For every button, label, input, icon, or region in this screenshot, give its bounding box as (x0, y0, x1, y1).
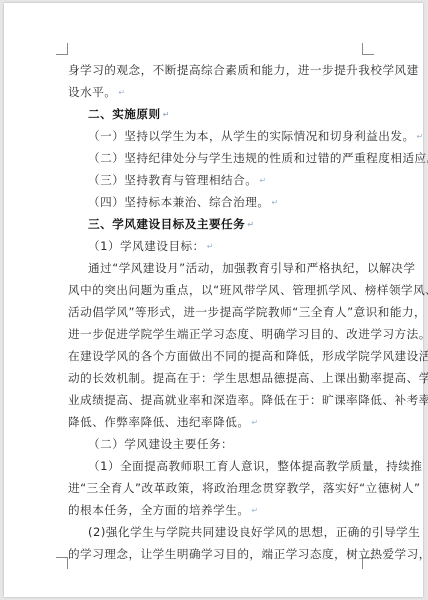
text-line: （三）坚持教育与管理相结合。↵ (68, 169, 358, 191)
text-line: （二）坚持纪律处分与学生违规的性质和过错的严重程度相适应。↵ (68, 147, 358, 169)
document-body[interactable]: 身学习的观念，不断提高综合素质和能力，进一步提升我校学风建设水平。↵二、实施原则… (68, 59, 358, 565)
text-line: 设水平。↵ (68, 81, 358, 103)
line-text: （一）坚持以学生为本，从学生的实际情况和切身利益出发。 (88, 129, 415, 143)
section-heading: 三、学风建设目标及主要任务↵ (68, 213, 358, 235)
line-text: 在建设学风的各个方面做出不同的提高和降低，形成学院学风建设活 (68, 349, 428, 363)
line-text: 的学习理念，让学生明确学习目的，端正学习态度，树立热爱学习， (68, 547, 428, 561)
line-text: （二）坚持纪律处分与学生违规的性质和过错的严重程度相适应。 (88, 151, 428, 165)
line-text: （四）坚持标本兼治、综合治理。 (88, 195, 269, 209)
text-line: 身学习的观念，不断提高综合素质和能力，进一步提升我校学风建 (68, 59, 358, 81)
line-text: 设水平。 (68, 85, 116, 99)
line-text: 通过“学风建设月”活动，加强教育引导和严格执纪，以解决学 (88, 261, 415, 275)
line-text: 进“三全育人”改革政策，将政治理念贯穿教学，落实好“立德树人” (68, 481, 421, 495)
line-text: （1）全面提高教师职工育人意识，整体提高教学质量，持续推 (88, 459, 422, 473)
line-text: （三）坚持教育与管理相结合。 (88, 173, 257, 187)
text-line: 进“三全育人”改革政策，将政治理念贯穿教学，落实好“立德树人” (68, 477, 358, 499)
text-line: （二）学风建设主要任务： (68, 433, 358, 455)
paragraph-mark-icon: ↵ (118, 88, 125, 97)
paragraph-mark-icon: ↵ (251, 418, 258, 427)
text-line: (2)强化学生与学院共同建设良好学风的思想，正确的引导学生 (68, 521, 358, 543)
margin-corner-mark-bottom-left (56, 557, 68, 569)
text-line: 进一步促进学院学生端正学习态度、明确学习目的、改进学习方法。 (68, 323, 358, 345)
text-line: 降低、作弊率降低、违纪率降低。↵ (68, 411, 358, 433)
text-line: （1）全面提高教师职工育人意识，整体提高教学质量，持续推 (68, 455, 358, 477)
paragraph-mark-icon: ↵ (271, 198, 278, 207)
text-line: 通过“学风建设月”活动，加强教育引导和严格执纪，以解决学 (68, 257, 358, 279)
text-line: 业成绩提高、提高就业率和深造率。降低在于：旷课率降低、补考率 (68, 389, 358, 411)
paragraph-mark-icon: ↵ (207, 242, 214, 251)
line-text: 动的长效机制。提高在于：学生思想品德提高、上课出勤率提高、学 (68, 371, 428, 385)
text-line: 动的长效机制。提高在于：学生思想品德提高、上课出勤率提高、学 (68, 367, 358, 389)
text-line: （四）坚持标本兼治、综合治理。↵ (68, 191, 358, 213)
line-text: (2)强化学生与学院共同建设良好学风的思想，正确的引导学生 (88, 525, 420, 539)
section-heading: 二、实施原则↵ (68, 103, 358, 125)
line-text: （二）学风建设主要任务： (88, 437, 233, 451)
paragraph-mark-icon: ↵ (247, 220, 254, 229)
text-line: （一）坚持以学生为本，从学生的实际情况和切身利益出发。↵ (68, 125, 358, 147)
line-text: 活动倡学风”等形式，进一步提高学院教师“三全育人”意识和能力， (68, 305, 426, 319)
line-text: 身学习的观念，不断提高综合素质和能力，进一步提升我校学风建 (68, 63, 419, 77)
margin-corner-mark-top-right (362, 43, 374, 55)
paragraph-mark-icon: ↵ (251, 506, 258, 515)
text-line: 的根本任务，全方面的培养学生。↵ (68, 499, 358, 521)
margin-corner-mark-top-left (56, 43, 68, 55)
paragraph-mark-icon: ↵ (163, 110, 170, 119)
text-line: 风中的突出问题为重点，以“班风带学风、管理抓学风、榜样领学风、 (68, 279, 358, 301)
line-text: 二、实施原则 (88, 107, 161, 121)
paragraph-mark-icon: ↵ (417, 132, 424, 141)
line-text: 的根本任务，全方面的培养学生。 (68, 503, 249, 517)
line-text: 进一步促进学院学生端正学习态度、明确学习目的、改进学习方法。 (68, 327, 428, 341)
line-text: （1）学风建设目标： (88, 239, 205, 253)
paragraph-mark-icon: ↵ (259, 176, 266, 185)
line-text: 业成绩提高、提高就业率和深造率。降低在于：旷课率降低、补考率 (68, 393, 428, 407)
document-page: 身学习的观念，不断提高综合素质和能力，进一步提升我校学风建设水平。↵二、实施原则… (4, 3, 423, 597)
line-text: 风中的突出问题为重点，以“班风带学风、管理抓学风、榜样领学风、 (68, 283, 428, 297)
text-line: 的学习理念，让学生明确学习目的，端正学习态度，树立热爱学习， (68, 543, 358, 565)
text-line: 活动倡学风”等形式，进一步提高学院教师“三全育人”意识和能力， (68, 301, 358, 323)
text-line: （1）学风建设目标：↵ (68, 235, 358, 257)
line-text: 三、学风建设目标及主要任务 (88, 217, 245, 231)
text-line: 在建设学风的各个方面做出不同的提高和降低，形成学院学风建设活 (68, 345, 358, 367)
line-text: 降低、作弊率降低、违纪率降低。 (68, 415, 249, 429)
